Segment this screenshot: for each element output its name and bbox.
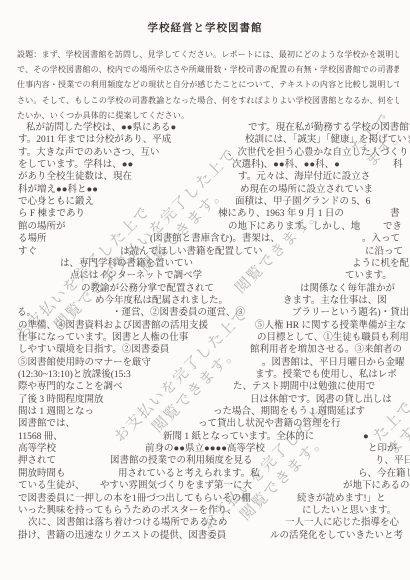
body-row: 際や専門的なことを調べた、テスト期間中は勉強に使用で <box>0 381 410 393</box>
text-fragment: ⑤人権 HR に関する授業準備が主な <box>255 320 406 332</box>
text-fragment: す。大きな声でのあいさつ、互い <box>18 147 159 159</box>
intro-line: 仕事内容・授業での利用頻度などの現状と自分が感じたことについて、テキストの内容と… <box>17 79 399 90</box>
text-fragment: しやすい環境を目指す。②図書委員 <box>18 344 169 356</box>
body-row: 11568 冊、新聞 1 紙となっています。全体的に● <box>0 431 410 443</box>
text-fragment: 次選科)、●●科、●●科、● <box>232 159 340 171</box>
text-fragment: で図書委員に一押しの本を1冊づつ出してもらいその棚 <box>18 493 251 505</box>
text-fragment: の教諭が公務分掌で配置されて <box>81 283 214 295</box>
text-fragment: ます。授業でも使用し、私はレポ <box>255 369 397 381</box>
text-fragment: 図書館では、 <box>18 418 75 430</box>
text-fragment: きます。主な仕事は、図 <box>283 295 387 307</box>
text-fragment: 前身の●●県立●●●●高等学校 <box>145 443 265 455</box>
body-row: 間は 1 週間となっった場合、期間をもう 1 週間延ばす <box>0 406 410 418</box>
text-fragment: 校訓には、「誠実」「健康」を掲げていま <box>245 134 410 146</box>
text-fragment: 館の場所が <box>18 221 66 233</box>
text-fragment: 。入って <box>362 233 400 245</box>
text-fragment: は、専門学科の書籍を置いてい <box>60 258 193 270</box>
text-fragment: 高等学校 <box>18 443 56 455</box>
text-fragment: ルの活発化をしていきたいと考 <box>270 530 403 542</box>
document-page: 学校経営と学校図書館 設題：まず、学校図書館を訪問し、見学してください。レポート… <box>0 0 410 580</box>
text-fragment: ● <box>363 431 369 443</box>
body-row: で心身ともに鍛え面積は、甲子園グランドの 5、6 <box>0 196 410 208</box>
text-fragment: って貸出し状況や書籍の管理を行 <box>198 418 341 430</box>
body-row: め今年度私は配属されました。きます。主な仕事は、図 <box>0 295 410 307</box>
body-row: で図書委員に一押しの本を1冊づつ出してもらいその棚続きが読めます!」と <box>0 493 410 505</box>
body-row: 科が増え●●科と●●め現在の場所に設立されていま <box>0 184 410 196</box>
text-fragment: ら、今在籍し <box>358 468 410 480</box>
body-row: 点にはインターネットで調べ学ています。 <box>0 270 410 282</box>
body-row: 押されて図書館の授業での利用頻度を見るり、平日の <box>0 455 410 467</box>
text-fragment: ように机を配 <box>352 258 409 270</box>
text-fragment: をしています。学科は、●● <box>18 159 133 171</box>
text-fragment: め現在の場所に設立されていま <box>240 184 373 196</box>
text-fragment: ⑤図書館使用時のマナーを厳守 <box>18 357 151 369</box>
body-row: (12:30~13:10)と放課後(15:3ます。授業でも使用し、私はレポ <box>0 369 410 381</box>
text-fragment: ている生徒が、 <box>18 480 85 492</box>
intro-line: たいか、いくつか具体的に提案してください。 <box>17 110 399 121</box>
text-fragment: 間は 1 週間となっ <box>18 406 94 418</box>
text-fragment: ・運営、②図書委員の運営、③ <box>112 307 245 319</box>
text-fragment: 図書館の授業での利用頻度を見る <box>110 455 253 467</box>
text-fragment: です。現在私が勤務する学校の図書館で <box>248 122 410 134</box>
body-row: ている生徒が、やすい雰囲気づくりをまず第一に大が地下にあるの <box>0 480 410 492</box>
text-fragment: す。元々は、海岸付近に設立さ <box>238 171 370 183</box>
text-fragment: が地下にあるの <box>343 480 410 492</box>
document-title: 学校経営と学校図書館 <box>0 20 410 35</box>
body-row: は、専門学科の書籍を置いていように机を配 <box>0 258 410 270</box>
text-fragment: 11568 冊、 <box>18 431 63 443</box>
text-fragment: すぐ <box>18 246 37 258</box>
text-fragment: 書 <box>390 208 400 220</box>
text-fragment: 一人一人に応じた指導を心 <box>285 517 399 529</box>
text-fragment: 次に、図書館は落ち着けつける場所であるため <box>28 517 228 529</box>
body-row: 私が訪問した学校は、●●県にある●です。現在私が勤務する学校の図書館で <box>0 122 410 134</box>
text-fragment: ブラリーという題名)・貸出図書 <box>292 307 410 319</box>
intro-line: で、その学校図書館の、校内での場所や広さや所蔵冊数・学校司書の配置の有無・学校図… <box>17 64 399 75</box>
text-fragment: の地下にあります。しかし、地 <box>228 221 360 233</box>
text-fragment: いった興味を持ってもらうためのポスターを作り、 <box>18 505 237 517</box>
body-row: の教諭が公務分掌で配置されては関係なく毎年誰かが <box>0 283 410 295</box>
text-fragment: (12:30~13:10)と放課後(15:3 <box>18 369 131 381</box>
text-fragment: 科が増え●●科と●● <box>18 184 98 196</box>
body-row: 仕事になっています。図書と人権の仕事の目標として、①生徒も職員も利用 <box>0 332 410 344</box>
body-row: の準備、④図書資料および図書館の活用支援⑤人権 HR に関する授業準備が主な <box>0 320 410 332</box>
text-fragment: 掛け、書籍の迅速なリクエストの提供、図書委員 <box>18 530 226 542</box>
text-fragment: の準備、④図書資料および図書館の活用支援 <box>18 320 208 332</box>
text-fragment: は関係なく毎年誰かが <box>300 283 395 295</box>
text-fragment: 。図書館は、平日月曜日から金曜 <box>262 357 405 369</box>
text-fragment: 際や専門的なことを調べ <box>18 381 123 393</box>
body-row: る。・運営、②図書委員の運営、③ブラリーという題名)・貸出図書 <box>0 307 410 319</box>
body-row: しやすい環境を目指す。②図書委員館利用者を増加させる。③来館者の <box>0 344 410 356</box>
body-row: 館の場所がの地下にあります。しかし、地でき <box>0 221 410 233</box>
body-row: すぐは読んでほしい書籍を配置していに沿って <box>0 246 410 258</box>
body-row: いった興味を持ってもらうためのポスターを作り、にしたいと思います。 <box>0 505 410 517</box>
text-fragment: ています。 <box>345 270 392 282</box>
body-row: 了後 3 時間程度開放日は休館です。図書の貸し出しは <box>0 394 410 406</box>
body-row: 高等学校前身の●●県立●●●●高等学校と印が <box>0 443 410 455</box>
text-fragment: 面積は、甲子園グランドの 5、6 <box>235 196 370 208</box>
body-row: す。大きな声でのあいさつ、互い、次世代を担う心豊かな自立した人づくり <box>0 147 410 159</box>
text-fragment: があり全校生徒数は、現在 <box>18 171 132 183</box>
text-fragment: (図書館と書庫含む)。書架は、 <box>150 233 280 245</box>
text-fragment: す。2011 年までは分校があり、平成 <box>18 134 171 146</box>
text-fragment: 用されていると考えられます。私 <box>118 468 260 480</box>
text-fragment: 棟にあり、1963 年 9 月 1 日の <box>218 208 344 220</box>
text-fragment: に沿って <box>365 246 403 258</box>
text-fragment: る。 <box>17 307 36 319</box>
text-fragment: 開放時間も <box>18 468 66 480</box>
text-fragment: 、次世代を担う心豊かな自立した人づくり <box>228 147 409 159</box>
text-fragment: 科 <box>393 159 403 171</box>
intro-line: 設題：まず、学校図書館を訪問し、見学してください。レポートには、最初にどのような… <box>17 49 399 60</box>
body-row: 掛け、書籍の迅速なリクエストの提供、図書委員ルの活発化をしていきたいと考 <box>0 530 410 542</box>
text-fragment: でき <box>383 221 402 233</box>
text-fragment: は読んでほしい書籍を配置してい <box>120 246 263 258</box>
text-fragment: の目標として、①生徒も職員も利用 <box>257 332 409 344</box>
text-fragment: った場合、期間をもう 1 週間延ばす <box>213 406 365 418</box>
text-fragment: 仕事になっています。図書と人権の仕事 <box>18 332 188 344</box>
text-fragment: 新聞 1 紙となっています。全体的に <box>163 431 314 443</box>
intro-line: さい。そして、もしこの学校の司書教諭となった場合、何をすればよりよい学校図書館と… <box>17 95 399 106</box>
text-fragment: た、テスト期間中は勉強に使用で <box>233 381 375 393</box>
body-row: る場所(図書館と書庫含む)。書架は、。入って <box>0 233 410 245</box>
body-row: す。2011 年までは分校があり、平成校訓には、「誠実」「健康」を掲げていま <box>0 134 410 146</box>
body-row: 次に、図書館は落ち着けつける場所であるため一人一人に応じた指導を心 <box>0 517 410 529</box>
text-fragment: 点にはインターネットで調べ学 <box>70 270 202 282</box>
text-fragment: 押されて <box>18 455 56 467</box>
body-row: 図書館では、って貸出し状況や書籍の管理を行 <box>0 418 410 430</box>
body-row: ら F 棟まであり棟にあり、1963 年 9 月 1 日の書 <box>0 208 410 220</box>
text-fragment: 続きが読めます!」と <box>297 493 386 505</box>
text-fragment: で心身ともに鍛え <box>18 196 94 208</box>
text-fragment: め今年度私は配属されました。 <box>95 295 228 307</box>
body-row: ⑤図書館使用時のマナーを厳守。図書館は、平日月曜日から金曜 <box>0 357 410 369</box>
text-fragment: 日は休館です。図書の貸し出しは <box>250 394 392 406</box>
body-row: 開放時間も用されていると考えられます。私ら、今在籍し <box>0 468 410 480</box>
body-row: があり全校生徒数は、現在す。元々は、海岸付近に設立さ <box>0 171 410 183</box>
text-fragment: にしたいと思います。 <box>302 505 396 517</box>
text-fragment: 了後 3 時間程度開放 <box>18 394 104 406</box>
text-fragment: やすい雰囲気づくりをまず第一に大 <box>100 480 252 492</box>
text-fragment: ら F 棟まであり <box>18 208 85 220</box>
text-fragment: る場所 <box>18 233 47 245</box>
text-fragment: と印が <box>368 443 397 455</box>
text-fragment: 私が訪問した学校は、●●県にある● <box>26 122 176 134</box>
text-fragment: 館利用者を増加させる。③来館者の <box>250 344 402 356</box>
body-row: をしています。学科は、●●次選科)、●●科、●●科、●科 <box>0 159 410 171</box>
text-fragment: り、平日の <box>375 455 410 467</box>
